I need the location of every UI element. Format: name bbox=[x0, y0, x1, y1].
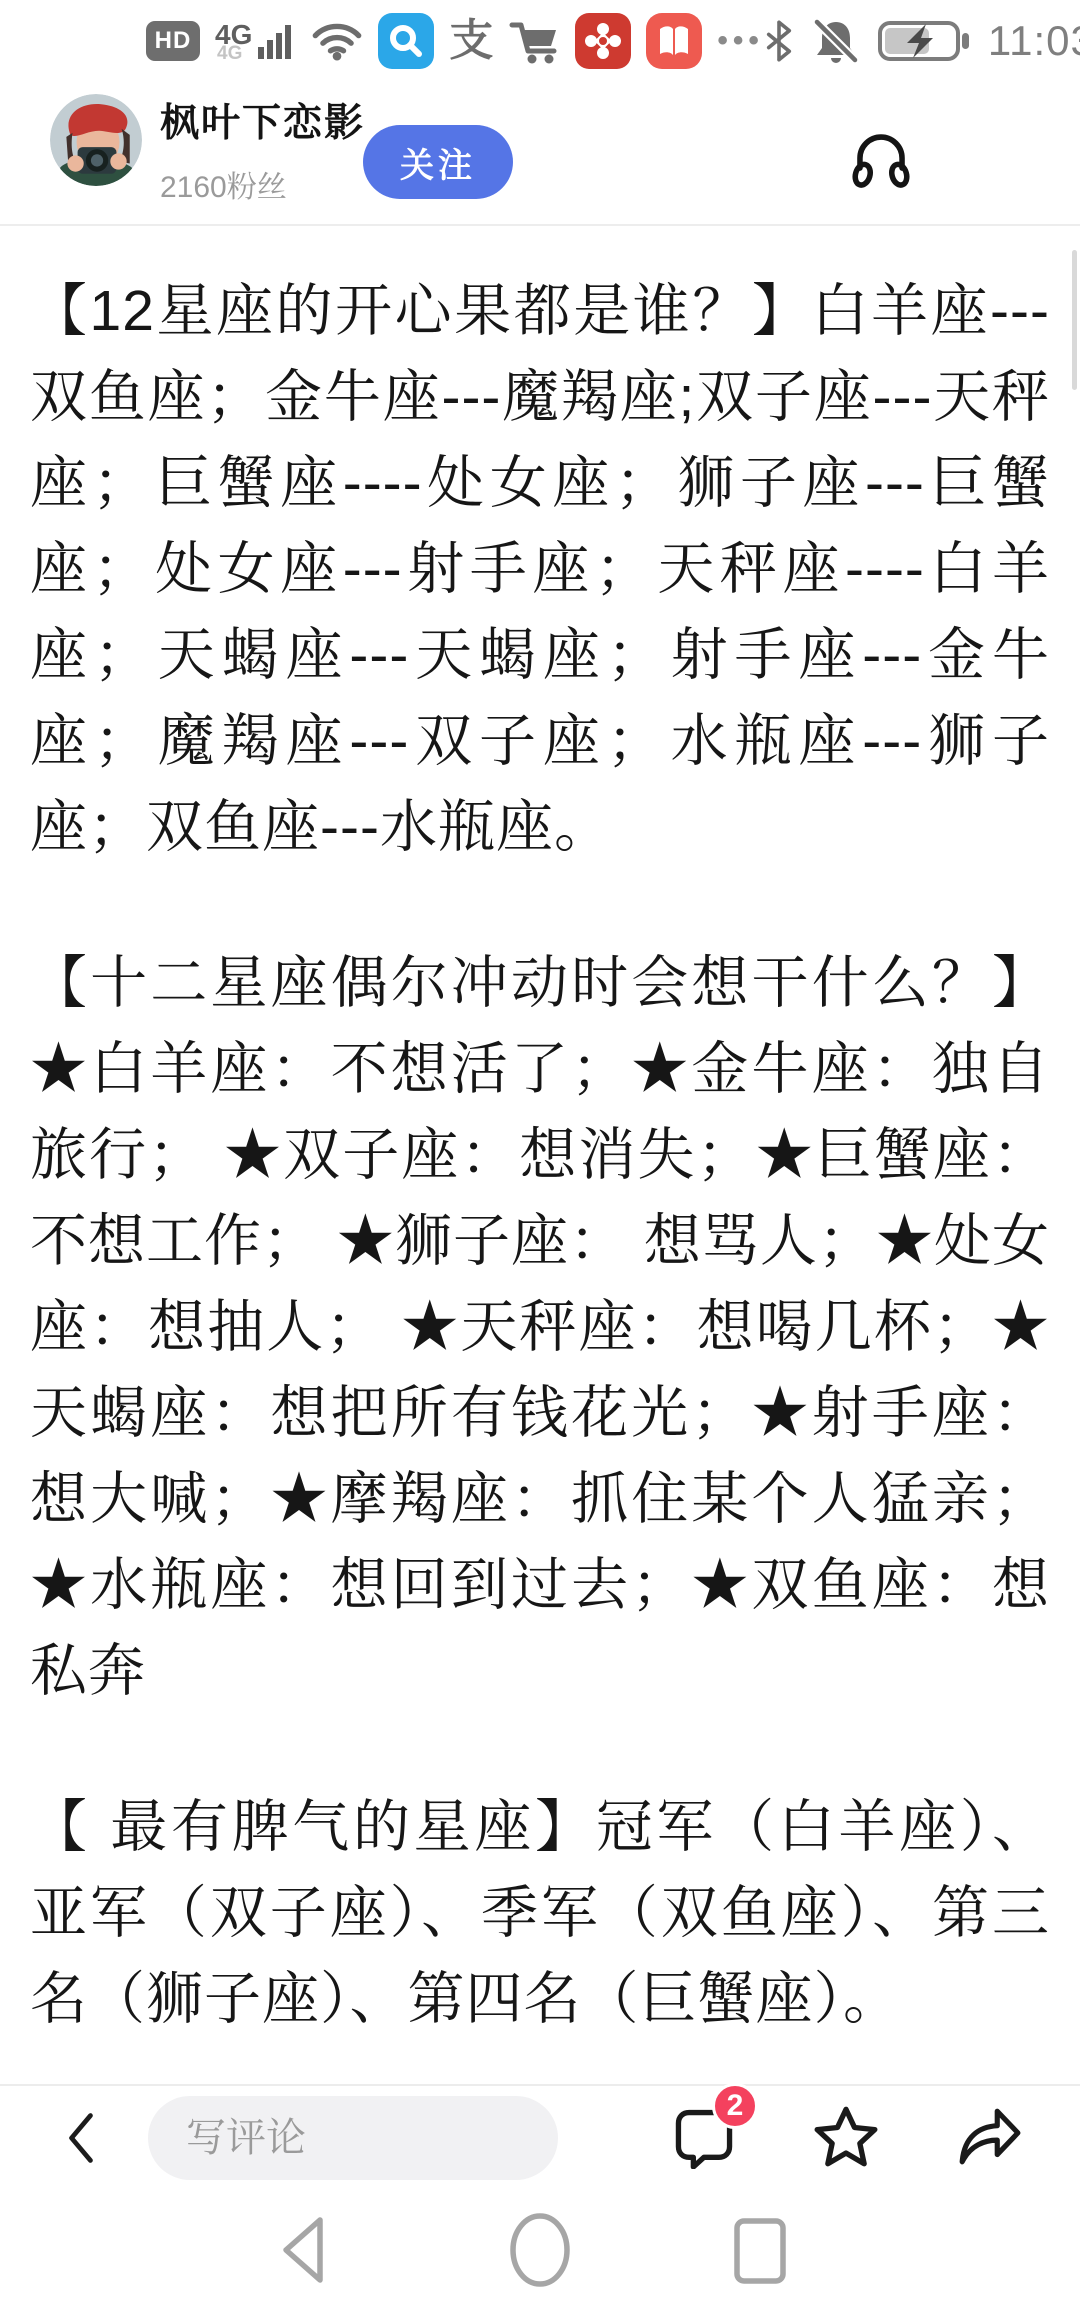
article-body: 【12星座的开心果都是谁？】白羊座---双鱼座；金牛座---魔羯座;双子座---… bbox=[0, 228, 1080, 2084]
comment-input-pill[interactable] bbox=[148, 2096, 558, 2180]
android-nav-bar bbox=[0, 2190, 1080, 2310]
hd-icon: HD bbox=[146, 21, 200, 61]
back-button[interactable] bbox=[66, 2112, 96, 2164]
clock-label: 11:03 bbox=[988, 17, 1080, 65]
paragraph-zodiac-impulse: 【十二星座偶尔冲动时会想干什么？】★白羊座：不想活了；★金牛座：独自旅行； ★双… bbox=[30, 940, 1050, 1714]
comment-count-badge: 2 bbox=[712, 2083, 758, 2129]
paragraph-zodiac-temper-ranking: 【 最有脾气的星座】冠军（白羊座）、亚军（双子座）、季军（双鱼座）、第三名（狮子… bbox=[30, 1784, 1050, 2042]
cart-icon bbox=[508, 17, 560, 65]
status-icons-right: 11:03 bbox=[764, 17, 1080, 65]
signal-bars-icon bbox=[256, 21, 296, 61]
status-icons-left: HD 4G 4G bbox=[146, 13, 764, 69]
wifi-icon bbox=[311, 20, 363, 62]
book-app-icon bbox=[646, 13, 702, 69]
status-bar: HD 4G 4G bbox=[0, 0, 1080, 82]
comments-button[interactable]: 2 bbox=[672, 2103, 736, 2174]
share-button[interactable] bbox=[956, 2106, 1022, 2171]
follower-count: 2160粉丝 bbox=[160, 162, 365, 206]
red-app-icon bbox=[575, 13, 631, 69]
avatar[interactable] bbox=[50, 94, 142, 186]
author-name: 枫叶下恋影 bbox=[160, 92, 365, 148]
author-info: 枫叶下恋影 2160粉丝 bbox=[160, 92, 365, 206]
follow-button[interactable]: 关注 bbox=[363, 125, 513, 199]
network-type-label-dim: 4G bbox=[217, 43, 242, 65]
author-header: 枫叶下恋影 2160粉丝 关注 bbox=[0, 82, 1080, 226]
action-icons: 2 bbox=[672, 2103, 1022, 2174]
nav-home-button[interactable] bbox=[505, 2206, 575, 2299]
listen-audio-icon[interactable] bbox=[852, 126, 910, 193]
nav-recents-button[interactable] bbox=[732, 2216, 788, 2291]
battery-charging-icon bbox=[878, 19, 970, 63]
screen: HD 4G 4G bbox=[0, 0, 1080, 2310]
favorite-button[interactable] bbox=[814, 2105, 878, 2172]
more-status-icon: ••• bbox=[717, 24, 764, 58]
bottom-action-bar: 2 bbox=[0, 2084, 1080, 2190]
notification-muted-icon bbox=[812, 17, 860, 65]
scrollbar[interactable] bbox=[1072, 250, 1077, 390]
bluetooth-icon bbox=[764, 18, 794, 64]
comment-input[interactable] bbox=[186, 2116, 516, 2161]
alipay-icon: 支 bbox=[449, 19, 493, 63]
paragraph-zodiac-happy-fruit: 【12星座的开心果都是谁？】白羊座---双鱼座；金牛座---魔羯座;双子座---… bbox=[30, 268, 1050, 870]
nav-back-button[interactable] bbox=[274, 2212, 334, 2293]
search-app-icon bbox=[378, 13, 434, 69]
signal-icon: 4G 4G bbox=[215, 21, 296, 61]
